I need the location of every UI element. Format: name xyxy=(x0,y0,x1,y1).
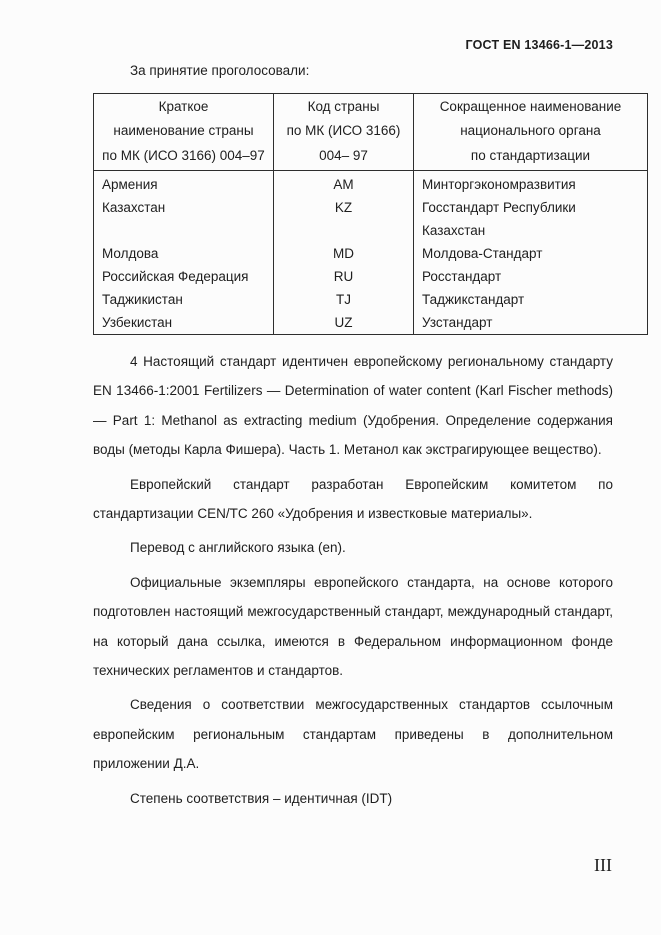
org-cell: Узстандарт xyxy=(414,311,648,335)
header-line: Код страны xyxy=(278,95,409,119)
col-header-code: Код страны по МК (ИСО 3166) 004– 97 xyxy=(274,94,414,171)
code-cell: AM xyxy=(274,170,414,196)
header-line: Краткое xyxy=(98,95,269,119)
table-row: Армения AM Минторгэкономразвития xyxy=(94,170,648,196)
col-header-org: Сокращенное наименование национального о… xyxy=(414,94,648,171)
body-text: 4 Настоящий стандарт идентичен европейск… xyxy=(93,347,613,818)
col-header-country: Краткое наименование страны по МК (ИСО 3… xyxy=(94,94,274,171)
org-cell: Молдова-Стандарт xyxy=(414,242,648,265)
org-cell: Минторгэкономразвития xyxy=(414,170,648,196)
org-cell: Таджикстандарт xyxy=(414,288,648,311)
code-cell: TJ xyxy=(274,288,414,311)
header-line: по МК (ИСО 3166) 004–97 xyxy=(98,144,269,168)
country-cell: Казахстан xyxy=(94,196,274,242)
header-line: наименование страны xyxy=(98,119,269,143)
document-page: ГОСТ EN 13466-1—2013 За принятие проголо… xyxy=(0,0,661,935)
table-row: Узбекистан UZ Узстандарт xyxy=(94,311,648,335)
header-line: Сокращенное наименование xyxy=(418,95,643,119)
paragraph-developed-by: Европейский стандарт разработан Европейс… xyxy=(93,470,613,529)
code-cell: MD xyxy=(274,242,414,265)
paragraph-standard-identity: 4 Настоящий стандарт идентичен европейск… xyxy=(93,347,613,465)
code-cell: UZ xyxy=(274,311,414,335)
header-line: по МК (ИСО 3166) xyxy=(278,119,409,143)
code-cell: KZ xyxy=(274,196,414,242)
paragraph-official-copies: Официальные экземпляры европейского стан… xyxy=(93,568,613,686)
country-cell: Молдова xyxy=(94,242,274,265)
table-header: Краткое наименование страны по МК (ИСО 3… xyxy=(94,94,648,171)
country-cell: Узбекистан xyxy=(94,311,274,335)
table-body: Армения AM Минторгэкономразвития Казахст… xyxy=(94,170,648,334)
table-row: Молдова MD Молдова-Стандарт xyxy=(94,242,648,265)
paragraph-correspondence-info: Сведения о соответствии межгосударственн… xyxy=(93,690,613,778)
page-number: III xyxy=(594,855,612,876)
table-row: Российская Федерация RU Росстандарт xyxy=(94,265,648,288)
table-header-row: Краткое наименование страны по МК (ИСО 3… xyxy=(94,94,648,171)
header-line: 004– 97 xyxy=(278,144,409,168)
org-cell: Госстандарт Республики Казахстан xyxy=(414,196,648,242)
paragraph-degree-of-conformity: Степень соответствия – идентичная (IDT) xyxy=(93,784,613,813)
document-code: ГОСТ EN 13466-1—2013 xyxy=(466,38,614,52)
paragraph-translation: Перевод с английского языка (en). xyxy=(93,533,613,562)
country-cell: Российская Федерация xyxy=(94,265,274,288)
voting-table: Краткое наименование страны по МК (ИСО 3… xyxy=(93,93,648,335)
table-row: Таджикистан TJ Таджикстандарт xyxy=(94,288,648,311)
intro-text: За принятие проголосовали: xyxy=(130,63,309,78)
table-row: Казахстан KZ Госстандарт Республики Каза… xyxy=(94,196,648,242)
header-line: национального органа xyxy=(418,119,643,143)
org-cell: Росстандарт xyxy=(414,265,648,288)
country-cell: Армения xyxy=(94,170,274,196)
header-line: по стандартизации xyxy=(418,144,643,168)
country-cell: Таджикистан xyxy=(94,288,274,311)
code-cell: RU xyxy=(274,265,414,288)
